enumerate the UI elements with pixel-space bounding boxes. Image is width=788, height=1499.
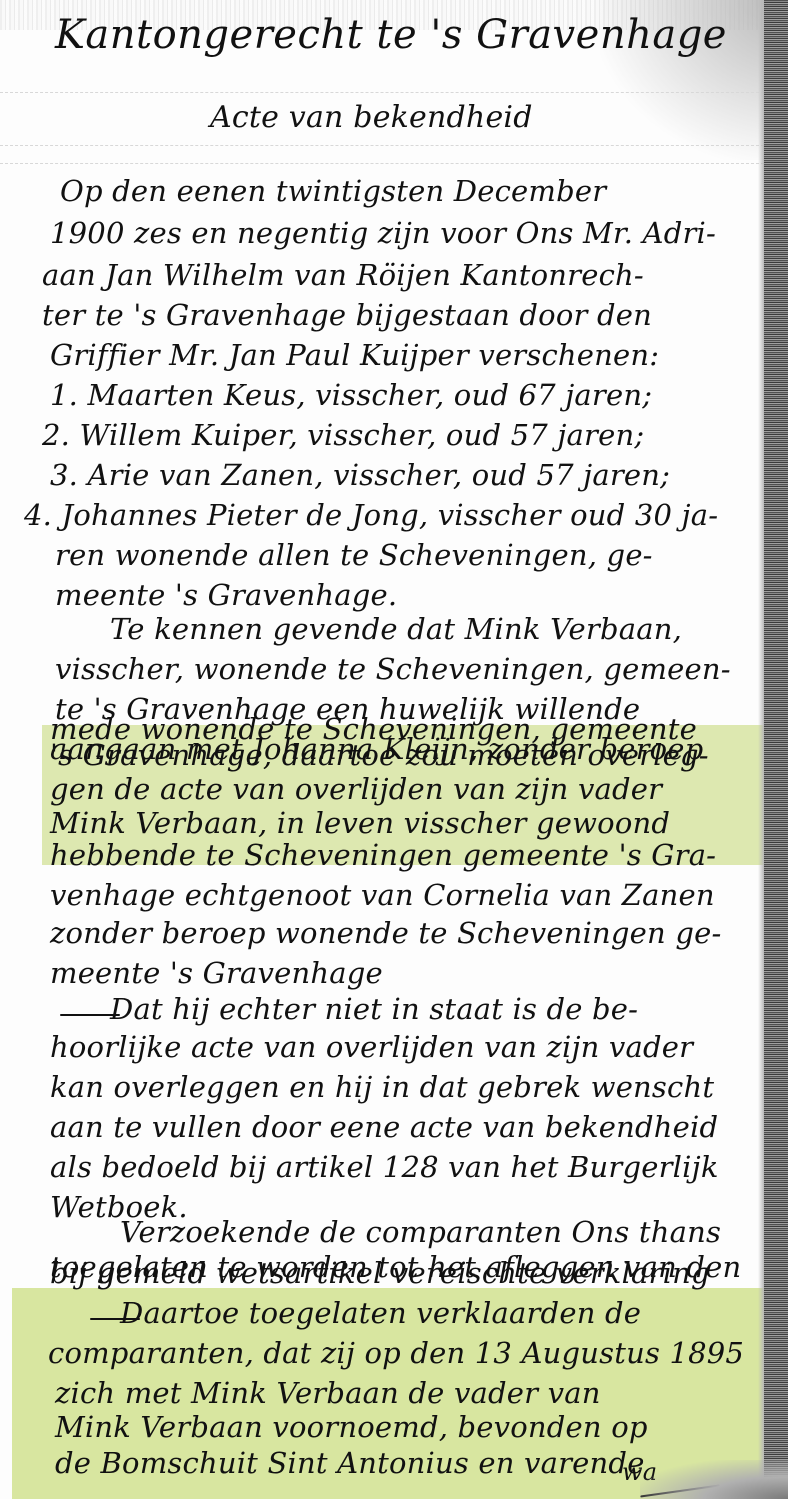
text-line: meente 's Gravenhage xyxy=(50,956,383,990)
ruled-line xyxy=(0,145,764,147)
text-line: hoorlijke acte van overlijden van zijn v… xyxy=(50,1030,693,1064)
text-line: 2. Willem Kuiper, visscher, oud 57 jaren… xyxy=(42,418,644,452)
text-line-highlighted: comparanten, dat zij op den 13 Augustus … xyxy=(48,1336,744,1370)
document-page: Kantongerecht te 's Gravenhage Acte van … xyxy=(0,0,788,1499)
text-line: 1900 zes en negentig zijn voor Ons Mr. A… xyxy=(50,216,716,250)
text-line: 1. Maarten Keus, visscher, oud 67 jaren; xyxy=(50,378,652,412)
text-line: Griffier Mr. Jan Paul Kuijper verschenen… xyxy=(50,338,659,372)
text-line: ter te 's Gravenhage bijgestaan door den xyxy=(42,298,652,332)
document-title: Kantongerecht te 's Gravenhage xyxy=(55,12,727,58)
text-line: Dat hij echter niet in staat is de be- xyxy=(110,992,638,1026)
scan-edge-right xyxy=(764,0,788,1499)
text-line-highlighted: hebbende te Scheveningen gemeente 's Gra… xyxy=(50,838,716,872)
ruled-line xyxy=(0,92,764,94)
text-line: meente 's Gravenhage. xyxy=(55,578,397,612)
text-line: ren wonende allen te Scheveningen, ge- xyxy=(55,538,653,572)
flourish-stroke xyxy=(90,1318,140,1320)
text-line: kan overleggen en hij in dat gebrek wens… xyxy=(50,1070,714,1104)
ruled-line xyxy=(0,163,764,165)
text-line-highlighted: Mink Verbaan voornoemd, bevonden op xyxy=(55,1410,648,1444)
text-line: Te kennen gevende dat Mink Verbaan, xyxy=(110,612,682,646)
text-line: zonder beroep wonende te Scheveningen ge… xyxy=(50,916,721,950)
text-line: als bedoeld bij artikel 128 van het Burg… xyxy=(50,1150,719,1184)
text-line: aan te vullen door eene acte van bekendh… xyxy=(50,1110,718,1144)
document-subtitle: Acte van bekendheid xyxy=(210,100,533,135)
text-line-highlighted: gen de acte van overlijden van zijn vade… xyxy=(50,772,662,806)
text-line-highlighted: de Bomschuit Sint Antonius en varende xyxy=(55,1446,645,1480)
text-line-highlighted: Mink Verbaan, in leven visscher gewoond xyxy=(50,806,670,840)
text-line-highlighted: 's Gravenhage, daartoe zou moeten overle… xyxy=(50,738,709,772)
text-line: 3. Arie van Zanen, visscher, oud 57 jare… xyxy=(50,458,670,492)
text-line: 4. Johannes Pieter de Jong, visscher oud… xyxy=(24,498,718,532)
text-line-highlighted: zich met Mink Verbaan de vader van xyxy=(55,1376,601,1410)
flourish-stroke xyxy=(60,1014,120,1016)
text-line: aan Jan Wilhelm van Röijen Kantonrech- xyxy=(42,258,644,292)
text-line: Verzoekende de comparanten Ons thans xyxy=(120,1215,721,1249)
text-line: Op den eenen twintigsten December xyxy=(60,174,606,208)
text-line: venhage echtgenoot van Cornelia van Zane… xyxy=(50,878,715,912)
scan-shadow-bottom-right xyxy=(640,1460,788,1499)
text-line: visscher, wonende te Scheveningen, gemee… xyxy=(55,652,731,686)
text-line-highlighted: Daartoe toegelaten verklaarden de xyxy=(120,1296,641,1330)
text-line: bij gemeld wetsartikel vereischte verkla… xyxy=(50,1256,710,1290)
